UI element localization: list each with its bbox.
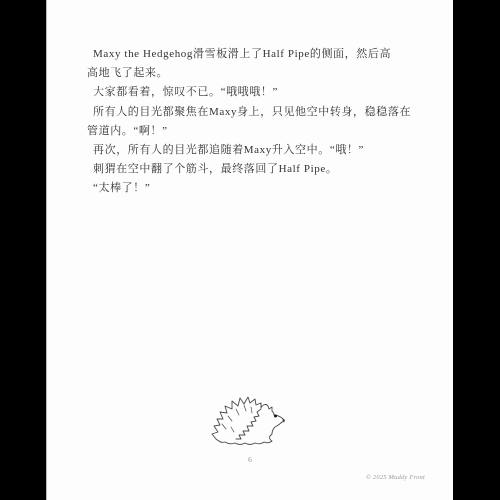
story-text-block: Maxy the Hedgehog滑雪板滑上了Half Pipe的侧面，然后高 … (87, 45, 423, 199)
story-line: 大家都看着，惊叹不已。“哦哦哦！” (87, 83, 423, 102)
story-line: 管道内。“啊！” (87, 122, 423, 141)
story-line: “太棒了！” (87, 179, 423, 198)
hedgehog-eye (274, 415, 277, 418)
story-line: 再次，所有人的目光都追随着Maxy升入空中。“哦！” (87, 141, 423, 160)
story-line: Maxy the Hedgehog滑雪板滑上了Half Pipe的侧面，然后高 (87, 45, 423, 64)
hedgehog-illustration (210, 396, 286, 450)
story-line: 刺猬在空中翻了个筋斗，最终落回了Half Pipe。 (87, 160, 423, 179)
hedgehog-nose (283, 419, 285, 421)
story-line: 高地飞了起来。 (87, 64, 423, 83)
hedgehog-body-outline (212, 397, 284, 445)
copyright-notice: © 2025 Muddy Front (366, 474, 425, 481)
book-page: Maxy the Hedgehog滑雪板滑上了Half Pipe的侧面，然后高 … (46, 0, 453, 500)
screenshot-stage: Maxy the Hedgehog滑雪板滑上了Half Pipe的侧面，然后高 … (0, 0, 500, 500)
story-line: 所有人的目光都聚焦在Maxy身上，只见他空中转身，稳稳落在 (87, 103, 423, 122)
hedgehog-quill-boundary (236, 409, 261, 439)
page-number: 6 (47, 455, 453, 464)
